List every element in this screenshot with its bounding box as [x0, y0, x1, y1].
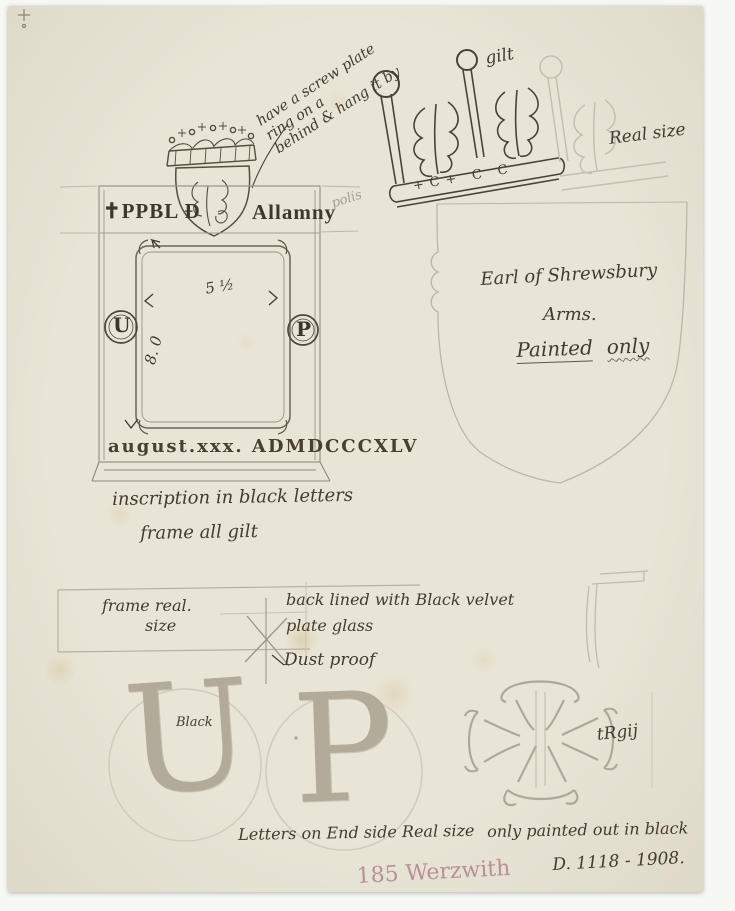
frame-note-1: inscription in black letters — [112, 486, 353, 511]
black-label: Black — [176, 716, 213, 731]
frame-note-2: frame all gilt — [140, 522, 258, 545]
date-inscription: august.xxx. ADMDCCCXLV — [108, 437, 418, 458]
monogram-letter-p: P — [290, 672, 396, 825]
blackletter-inscription-left: ✝PPBL Ð — [103, 199, 201, 224]
scanned-sketch-page: have a screw plate ring on a behind & ha… — [0, 0, 735, 911]
painted-word: Painted — [516, 335, 593, 364]
monogram-letter-u: U — [120, 659, 257, 817]
only-word: only — [606, 333, 649, 358]
medallion-letter-right: P — [296, 318, 311, 341]
painted-only-note: Paintedonly — [516, 334, 650, 362]
blackletter-inscription-right: Allamny — [252, 200, 336, 225]
shield-title-line2: Arms. — [543, 305, 597, 326]
frame-real-size-note-2: size — [145, 617, 176, 635]
letters-caption-right: only painted out in black — [487, 819, 688, 841]
back-lining-note: back lined with Black velvet — [286, 591, 514, 609]
medallion-letter-left: U — [113, 314, 130, 337]
plate-glass-note: plate glass — [286, 617, 373, 635]
frame-real-size-note-1: frame real. — [102, 597, 192, 615]
